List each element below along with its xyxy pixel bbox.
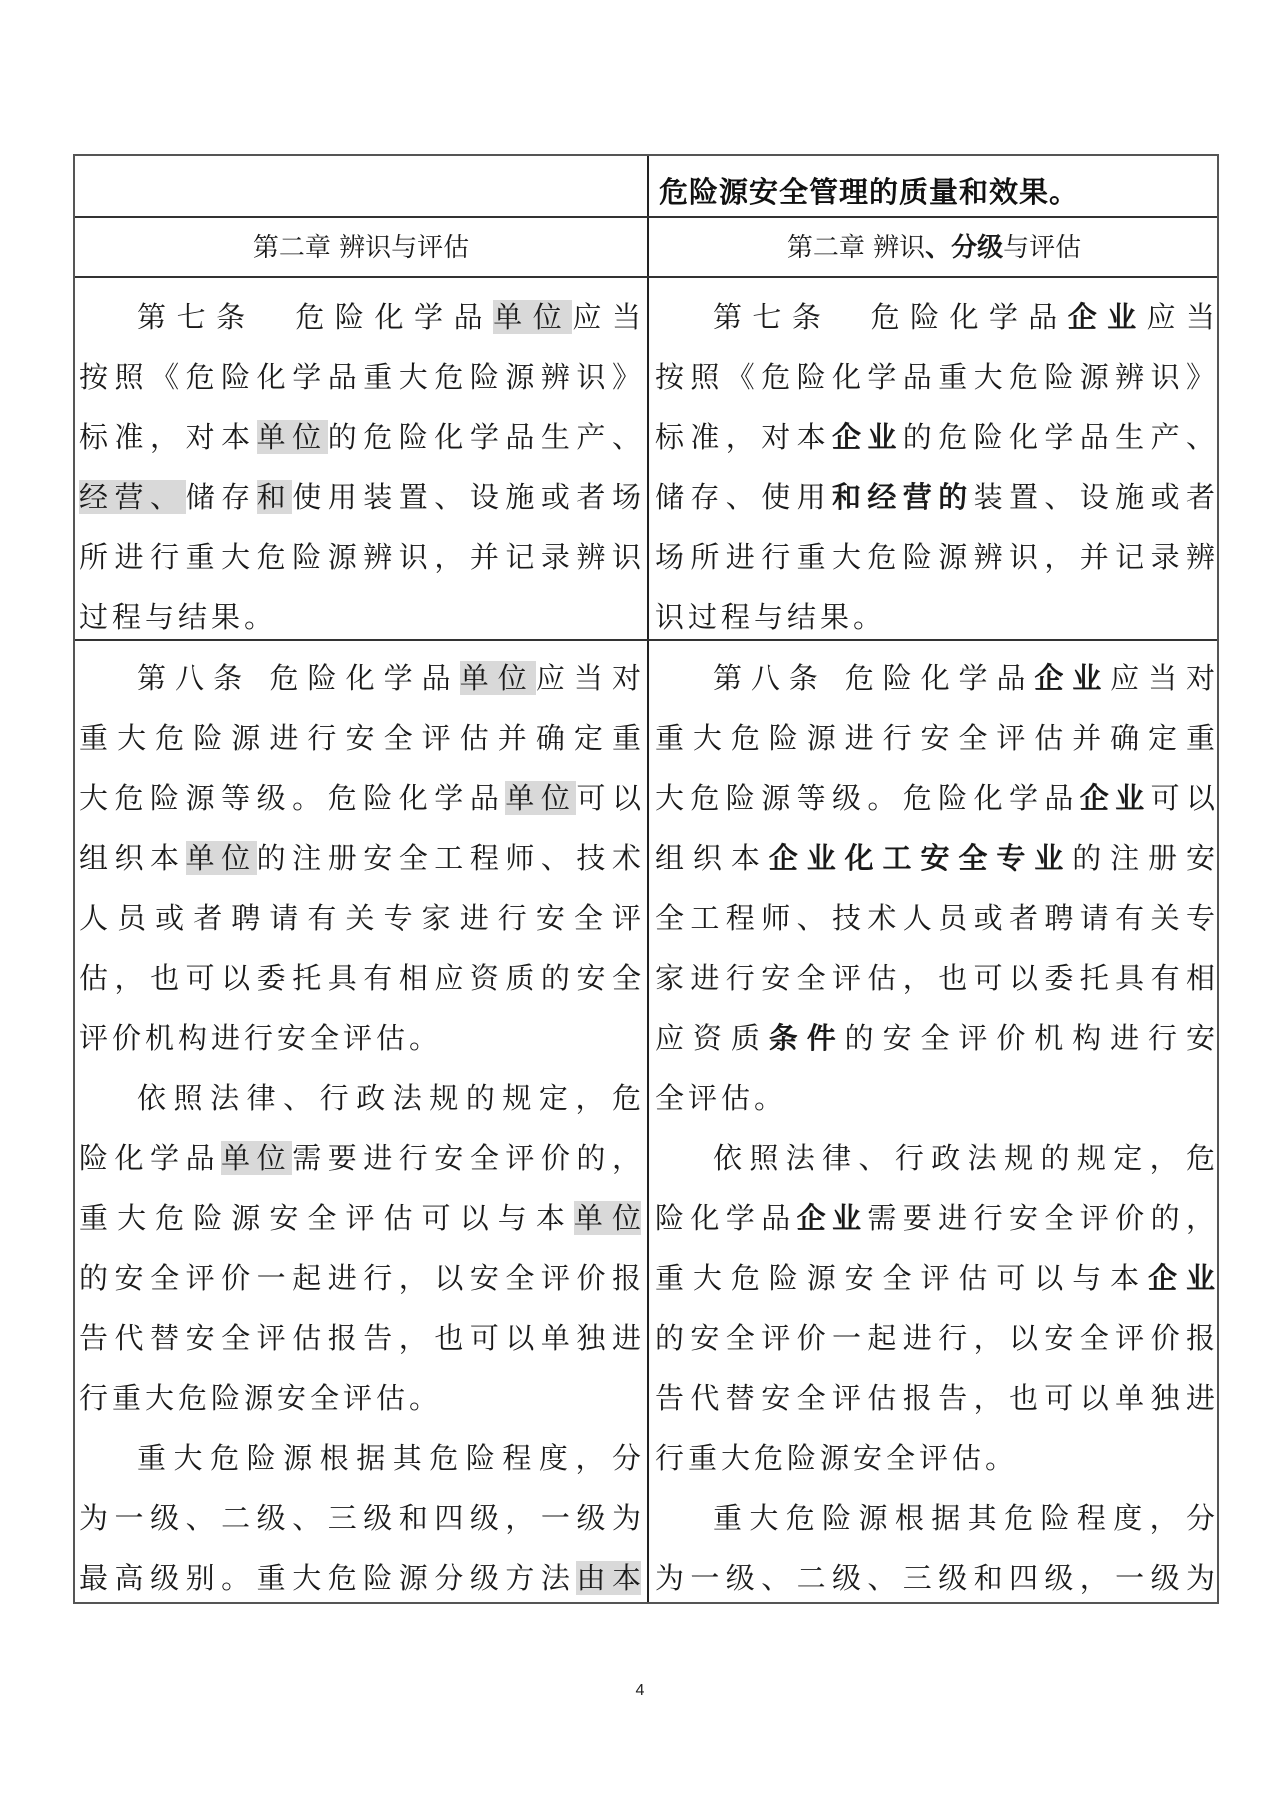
highlighted-deleted-text: 单位 [574,1201,641,1235]
text-line: 重大危险源根据其危险程度，分 [655,1488,1215,1548]
text-segment: 可以 [1151,781,1215,815]
text-line: 重大危险源进行安全评估并确定重 [79,708,641,768]
text-line: 依照法律、行政法规的规定，危 [655,1128,1215,1188]
text-line: 重大危险源安全评估可以与本企业 [655,1248,1215,1308]
text-line: 应资质条件的安全评价机构进行安 [655,1008,1215,1068]
text-segment: 重大危险源根据其危险程度，分 [713,1501,1215,1535]
text-line: 依照法律、行政法规的规定，危 [79,1068,641,1128]
text-line: 告代替安全评估报告，也可以单独进 [79,1308,641,1368]
highlighted-deleted-text: 经营、 [79,480,186,514]
text-segment: 储存 [186,480,257,514]
text-line: 险化学品单位需要进行安全评价的， [79,1128,641,1188]
text-line: 第八条 危险化学品单位应当对 [79,648,641,708]
text-segment: 险化学品 [79,1141,221,1175]
heading-part: 第二章 辨识 [787,233,925,263]
text-segment: 标准，对本 [655,420,832,454]
text-line: 评价机构进行安全评估。 [79,1008,641,1068]
text-segment: 家进行安全评估，也可以委托具有相 [655,961,1215,995]
text-line: 告代替安全评估报告，也可以单独进 [655,1368,1215,1428]
text-line: 重大危险源进行安全评估并确定重 [655,708,1215,768]
text-segment: 全工程师、技术人员或者聘请有关专 [655,901,1215,935]
text-segment: 储存、使用 [655,480,832,514]
text-segment: 过程与结果。 [79,600,277,634]
highlighted-deleted-text: 单位 [505,781,576,815]
text-segment: 为一级、二级、三级和四级，一级为 [79,1501,641,1535]
text-line: 经营、储存和使用装置、设施或者场 [79,467,641,527]
heading-part-changed: 、分级 [925,233,1003,263]
text-line: 重大危险源根据其危险程度，分 [79,1428,641,1488]
text-line: 最高级别。重大危险源分级方法由本 [79,1548,641,1608]
text-segment: 识过程与结果。 [655,600,886,634]
text-line: 过程与结果。 [79,587,641,647]
text-segment: 组织本 [79,841,186,875]
text-segment: 的危险化学品生产、 [903,420,1215,454]
text-segment: 告代替安全评估报告，也可以单独进 [79,1321,641,1355]
text-segment: 按照《危险化学品重大危险源辨识》 [655,360,1215,394]
text-segment: 应当 [1147,300,1215,334]
text-line: 的安全评价一起进行，以安全评价报 [655,1308,1215,1368]
text-segment: 行重大危险源安全评估。 [79,1381,442,1415]
article7-revised: 第七条 危险化学品企业应当按照《危险化学品重大危险源辨识》标准，对本企业的危险化… [655,287,1215,647]
text-segment: 第七条 危险化学品 [713,300,1068,334]
text-line: 组织本单位的注册安全工程师、技术 [79,828,641,888]
text-line: 所进行重大危险源辨识，并记录辨识 [79,527,641,587]
text-segment: 大危险源等级。危险化学品 [655,781,1080,815]
text-segment: 使用装置、设施或者场 [292,480,641,514]
chapter-heading-revised: 第二章 辨识、分级与评估 [649,218,1219,278]
text-line: 的安全评价一起进行，以安全评价报 [79,1248,641,1308]
text-segment: 需要进行安全评价的， [867,1201,1215,1235]
text-segment: 依照法律、行政法规的规定，危 [713,1141,1215,1175]
bold-revised-text: 企业 [1068,300,1147,334]
highlighted-deleted-text: 单位 [186,841,257,875]
text-segment: 重大危险源进行安全评估并确定重 [655,721,1215,755]
text-segment: 第八条 危险化学品 [713,661,1034,695]
text-segment: 第八条 危险化学品 [137,661,460,695]
column-divider [647,156,649,1602]
text-segment: 告代替安全评估报告，也可以单独进 [655,1381,1215,1415]
text-segment: 全评估。 [655,1081,787,1115]
bold-revised-text: 企业化工安全专业 [769,841,1072,875]
text-line: 按照《危险化学品重大危险源辨识》 [79,347,641,407]
text-segment: 可以 [576,781,641,815]
article8-original: 第八条 危险化学品单位应当对重大危险源进行安全评估并确定重大危险源等级。危险化学… [79,648,641,1608]
text-line: 险化学品企业需要进行安全评价的， [655,1188,1215,1248]
text-line: 行重大危险源安全评估。 [79,1368,641,1428]
text-segment: 所进行重大危险源辨识，并记录辨识 [79,540,641,574]
text-segment: 险化学品 [655,1201,797,1235]
bold-revised-text: 和经营的 [832,480,974,514]
text-line: 识过程与结果。 [655,587,1215,647]
highlighted-deleted-text: 单位 [460,661,536,695]
text-line: 标准，对本单位的危险化学品生产、 [79,407,641,467]
text-line: 重大危险源安全评估可以与本单位 [79,1188,641,1248]
text-segment: 应当对 [1110,661,1215,695]
highlighted-deleted-text: 单位 [493,300,572,334]
text-line: 大危险源等级。危险化学品企业可以 [655,768,1215,828]
text-segment: 的注册安 [1072,841,1215,875]
highlighted-deleted-text: 单位 [221,1141,292,1175]
text-line: 场所进行重大危险源辨识，并记录辨 [655,527,1215,587]
page-number: 4 [633,1682,647,1700]
text-segment: 的安全评价一起进行，以安全评价报 [79,1261,641,1295]
bold-revised-text: 企业 [1034,661,1110,695]
text-segment: 人员或者聘请有关专家进行安全评 [79,901,641,935]
highlighted-deleted-text: 单位 [257,420,328,454]
text-segment: 为一级、二级、三级和四级，一级为 [655,1561,1215,1595]
text-line: 估，也可以委托具有相应资质的安全 [79,948,641,1008]
highlighted-deleted-text: 和 [257,480,293,514]
continuation-text-right: 危险源安全管理的质量和效果。 [659,156,1079,218]
bold-revised-text: 企业 [832,420,903,454]
text-segment: 按照《危险化学品重大危险源辨识》 [79,360,641,394]
text-line: 全评估。 [655,1068,1215,1128]
text-segment: 估，也可以委托具有相应资质的安全 [79,961,641,995]
text-line: 标准，对本企业的危险化学品生产、 [655,407,1215,467]
text-segment: 组织本 [655,841,769,875]
text-segment: 的注册安全工程师、技术 [257,841,641,875]
text-line: 按照《危险化学品重大危险源辨识》 [655,347,1215,407]
document-page: 危险源安全管理的质量和效果。 第二章 辨识与评估 第二章 辨识、分级与评估 第七… [0,0,1280,1810]
text-segment: 大危险源等级。危险化学品 [79,781,505,815]
text-segment: 的安全评价机构进行安 [845,1021,1215,1055]
article8-revised: 第八条 危险化学品企业应当对重大危险源进行安全评估并确定重大危险源等级。危险化学… [655,648,1215,1608]
text-line: 家进行安全评估，也可以委托具有相 [655,948,1215,1008]
text-segment: 重大危险源根据其危险程度，分 [137,1441,641,1475]
text-segment: 重大危险源安全评估可以与本 [79,1201,574,1235]
chapter-heading-original: 第二章 辨识与评估 [75,218,647,278]
text-segment: 重大危险源安全评估可以与本 [655,1261,1148,1295]
text-segment: 应资质 [655,1021,769,1055]
text-segment: 第七条 危险化学品 [137,300,493,334]
text-segment: 应当对 [536,661,641,695]
text-line: 人员或者聘请有关专家进行安全评 [79,888,641,948]
text-line: 第七条 危险化学品单位应当 [79,287,641,347]
heading-part: 与评估 [1003,233,1081,263]
text-segment: 标准，对本 [79,420,257,454]
bold-revised-text: 企业 [1148,1261,1215,1295]
bold-revised-text: 条件 [769,1021,845,1055]
comparison-table: 危险源安全管理的质量和效果。 第二章 辨识与评估 第二章 辨识、分级与评估 第七… [73,154,1219,1604]
text-segment: 依照法律、行政法规的规定，危 [137,1081,641,1115]
text-segment: 应当 [572,300,641,334]
text-line: 为一级、二级、三级和四级，一级为 [655,1548,1215,1608]
text-line: 第八条 危险化学品企业应当对 [655,648,1215,708]
text-line: 行重大危险源安全评估。 [655,1428,1215,1488]
text-segment: 评价机构进行安全评估。 [79,1021,442,1055]
text-line: 为一级、二级、三级和四级，一级为 [79,1488,641,1548]
text-segment: 行重大危险源安全评估。 [655,1441,1018,1475]
article7-original: 第七条 危险化学品单位应当按照《危险化学品重大危险源辨识》标准，对本单位的危险化… [79,287,641,647]
text-line: 第七条 危险化学品企业应当 [655,287,1215,347]
text-segment: 最高级别。重大危险源分级方法 [79,1561,576,1595]
text-segment: 装置、设施或者 [974,480,1215,514]
text-line: 储存、使用和经营的装置、设施或者 [655,467,1215,527]
text-line: 大危险源等级。危险化学品单位可以 [79,768,641,828]
text-segment: 的安全评价一起进行，以安全评价报 [655,1321,1215,1355]
text-segment: 重大危险源进行安全评估并确定重 [79,721,641,755]
text-segment: 需要进行安全评价的， [292,1141,641,1175]
bold-revised-text: 企业 [1080,781,1151,815]
text-segment: 的危险化学品生产、 [328,420,641,454]
text-line: 全工程师、技术人员或者聘请有关专 [655,888,1215,948]
bold-revised-text: 企业 [797,1201,868,1235]
highlighted-deleted-text: 由本 [576,1561,641,1595]
text-line: 组织本企业化工安全专业的注册安 [655,828,1215,888]
text-segment: 场所进行重大危险源辨识，并记录辨 [655,540,1215,574]
